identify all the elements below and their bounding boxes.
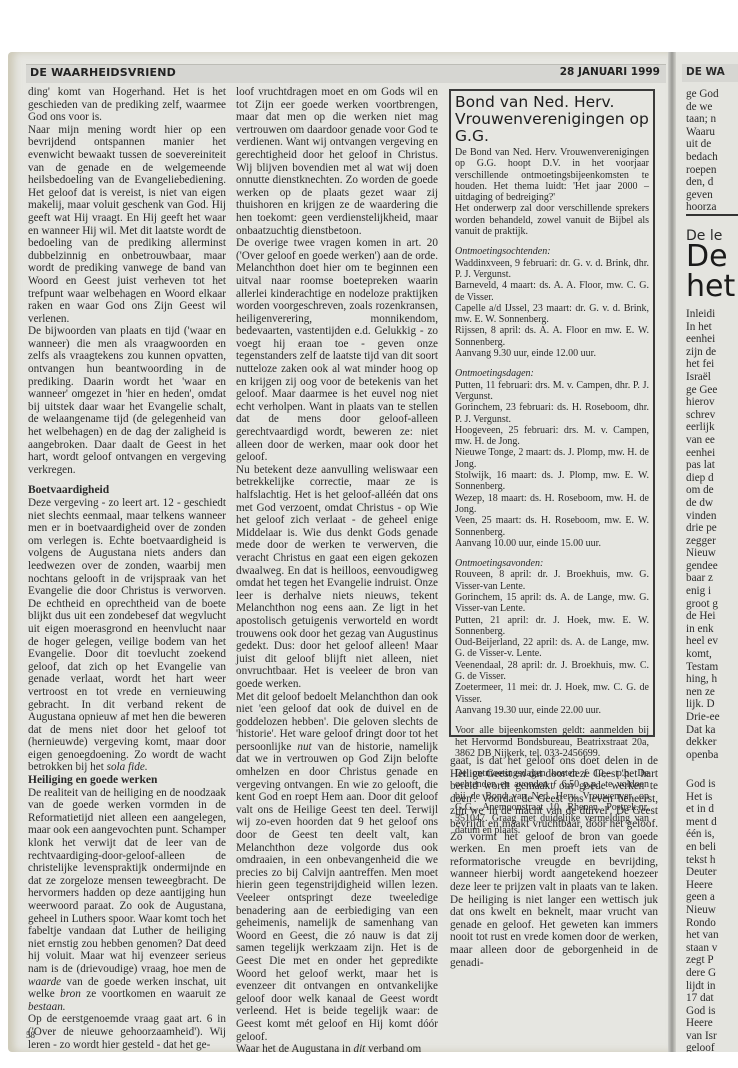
article-column-3: gaat, is dat het geloof ons doet delen i… (450, 755, 658, 969)
event-entry: Stolwijk, 16 maart: ds. J. Plomp, mw. E.… (455, 470, 649, 493)
page-gutter (668, 52, 676, 1052)
article-column-1: ding' komt van Hogerhand. Het is het ges… (28, 86, 226, 1051)
event-entry: Barneveld, 4 maart: ds. A. A. Floor, mw.… (455, 280, 649, 303)
event-entry: Rijssen, 8 april: ds. A. A. Floor en mw.… (455, 325, 649, 348)
announcement-title: Bond van Ned. Herv. Vrouwenverenigingen … (455, 94, 649, 145)
section-heading-boetvaardigheid: Boetvaardigheid (28, 484, 226, 497)
event-entry: Veenendaal, 28 april: dr. J. Broekhuis, … (455, 660, 649, 683)
paragraph: Met dit geloof bedoelt Melanchthon dan o… (236, 691, 438, 1044)
text-fragment: Inleidi In het eenhei zijn de het fei Is… (686, 308, 720, 761)
event-entry: Gorinchem, 23 februari: ds. H. Roseboom,… (455, 402, 649, 425)
article-column-2: loof vruchtdragen moet en om Gods wil en… (236, 86, 438, 1056)
event-entry: Oud-Beijerland, 22 april: ds. A. de Lang… (455, 637, 649, 660)
publication-title-partial: DE WA (686, 66, 725, 78)
paragraph: ding' komt van Hogerhand. Het is het ges… (28, 86, 226, 124)
section-avonden: Ontmoetingsavonden: Rouveen, 8 april: dr… (455, 558, 649, 716)
right-page-partial: DE WA ge God de we taan; n Waaru uit de … (676, 52, 738, 1052)
announcement-box: Bond van Ned. Herv. Vrouwenverenigingen … (449, 89, 655, 737)
divider (686, 214, 738, 216)
event-entry: Zoetermeer, 11 mei: dr. J. Hoek, mw. C. … (455, 682, 649, 705)
text-fragment: God is Het is et in d ment d één is, en … (686, 778, 719, 1052)
event-times: Aanvang 19.30 uur, einde 22.00 uur. (455, 705, 649, 716)
event-entry: Putten, 11 februari: drs. M. v. Campen, … (455, 380, 649, 403)
event-entry: Veen, 25 maart: ds. H. Roseboom, mw. E. … (455, 515, 649, 538)
section-title: Ontmoetingsavonden: (455, 558, 649, 569)
paragraph: Nu betekent deze aanvulling weliswaar ee… (236, 464, 438, 691)
event-entry: Capelle a/d IJssel, 23 maart: dr. G. v. … (455, 303, 649, 326)
page-number: 58 (26, 1030, 35, 1040)
paragraph: Deze vergeving - zo leert art. 12 - gesc… (28, 497, 226, 774)
event-times: Aanvang 9.30 uur, einde 12.00 uur. (455, 348, 649, 359)
article-title-partial: De het (686, 242, 735, 302)
event-entry: Waddinxveen, 9 februari: dr. G. v. d. Br… (455, 258, 649, 281)
paragraph: Naar mijn mening wordt hier op een bevri… (28, 124, 226, 326)
paragraph: Op de eerstgenoemde vraag gaat art. 6 in… (28, 1013, 226, 1051)
event-entry: Wezep, 18 maart: ds. H. Roseboom, mw. H.… (455, 493, 649, 516)
publication-title: DE WAARHEIDSVRIEND (30, 66, 176, 79)
paragraph: De bijwoorden van plaats en tijd ('waar … (28, 325, 226, 476)
paragraph: gaat, is dat het geloof ons doet delen i… (450, 755, 658, 969)
section-ochtenden: Ontmoetingsochtenden: Waddinxveen, 9 feb… (455, 246, 649, 359)
announcement-intro-2: Het onderwerp zal door verschillende spr… (455, 203, 649, 237)
section-title: Ontmoetingsdagen: (455, 368, 649, 379)
event-times: Aanvang 10.00 uur, einde 15.00 uur. (455, 538, 649, 549)
paragraph: Waar het de Augustana in dit verband om (236, 1043, 438, 1056)
paragraph: De overige twee vragen komen in art. 20 … (236, 237, 438, 464)
text-fragment: ge God de we taan; n Waaru uit de bedach… (686, 88, 719, 214)
section-dagen: Ontmoetingsdagen: Putten, 11 februari: d… (455, 368, 649, 549)
paragraph: De realiteit van de heiliging en de nood… (28, 787, 226, 1014)
event-entry: Rouveen, 8 april: dr. J. Broekhuis, mw. … (455, 569, 649, 592)
section-title: Ontmoetingsochtenden: (455, 246, 649, 257)
section-heading-heiliging: Heiliging en goede werken (28, 774, 226, 787)
paragraph: loof vruchtdragen moet en om Gods wil en… (236, 86, 438, 237)
event-entry: Hoogeveen, 25 februari: drs. M. v. Campe… (455, 425, 649, 448)
event-entry: Putten, 21 april: dr. J. Hoek, mw. E. W.… (455, 615, 649, 638)
event-entry: Gorinchem, 15 april: ds. A. de Lange, mw… (455, 592, 649, 615)
announcement-intro: De Bond van Ned. Herv. Vrouwenvereniging… (455, 147, 649, 203)
issue-date: 28 JANUARI 1999 (560, 66, 660, 78)
event-entry: Nieuwe Tonge, 2 maart: ds. J. Plomp, mw.… (455, 447, 649, 470)
